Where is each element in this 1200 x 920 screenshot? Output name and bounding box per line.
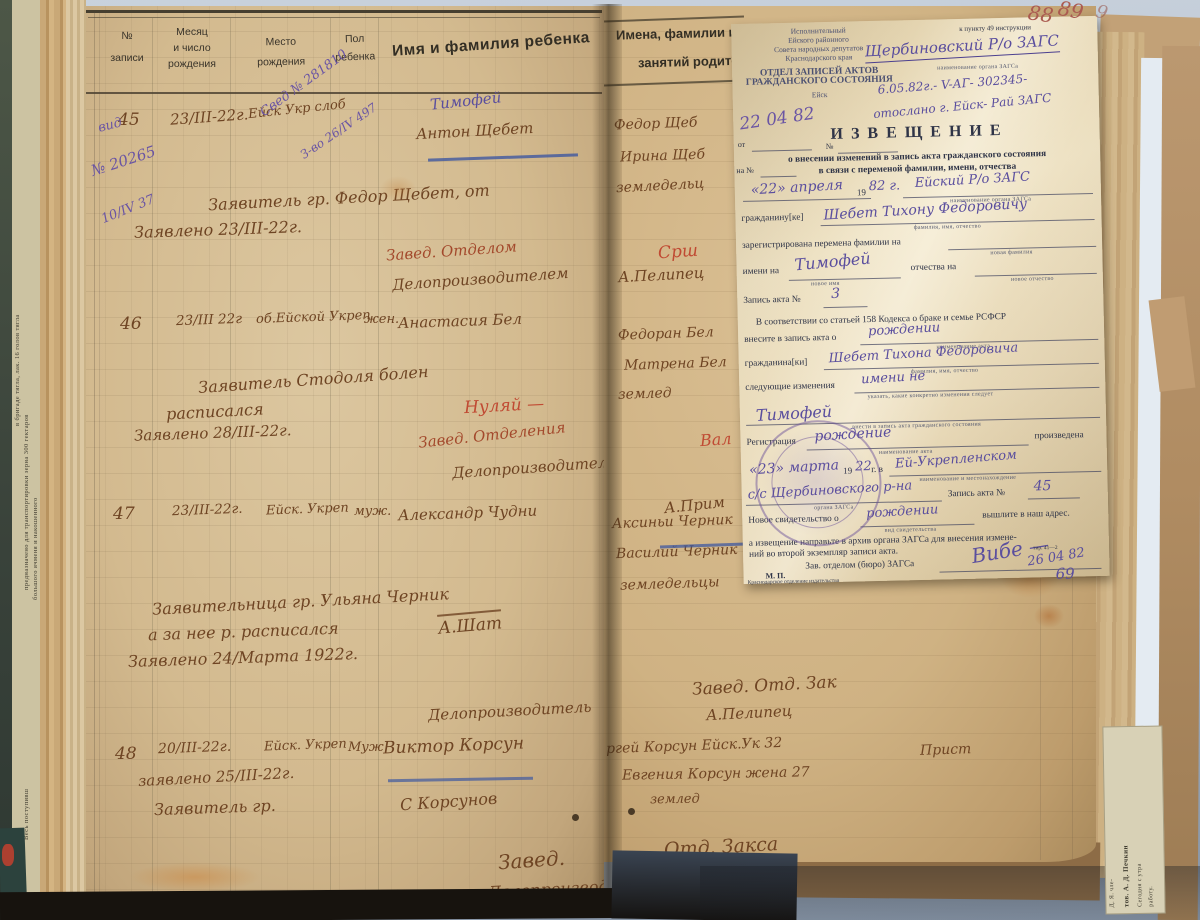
r46-signed-note: расписался <box>166 399 264 423</box>
col-date-line3: рождения <box>154 56 230 72</box>
rust-stain-2 <box>1034 604 1064 628</box>
r48-official-line1: Завед. <box>497 846 565 875</box>
page-number-88: 88 <box>1026 0 1055 27</box>
col-no: № записи <box>102 30 152 64</box>
ledger-left-page: № записи Месяц и число рождения Место ро… <box>80 6 604 902</box>
r45-official-line1: Завед. Отделом <box>386 237 518 264</box>
r47-declarant: Заявительница гр. Ульяна Черник <box>152 584 450 619</box>
r47-declarant-signature: А.Шат <box>437 609 503 638</box>
newspaper-strip: в бригаде тягла, лак. 16 голов тягла пре… <box>12 0 40 920</box>
orange-stain-bottom <box>130 862 260 892</box>
col-no-line1: № <box>102 30 152 42</box>
r48-parent-occupation: землед <box>650 792 700 808</box>
r46-name: Анастасия Бел <box>398 310 523 332</box>
archival-photo: Имена, фамилии и занятий родител Федор Щ… <box>0 0 1200 920</box>
table-top-border2 <box>88 17 600 18</box>
col-place-line1: Место <box>232 31 330 53</box>
r46-official-line2: Делопроизводителем <box>452 452 604 482</box>
r48-place: Ейск. Укреп <box>264 737 347 755</box>
caption-org: наименование органа ЗАГСа <box>937 64 1018 72</box>
col-date-line1: Месяц <box>154 24 230 40</box>
blank-act <box>823 305 867 308</box>
fld-citizen2-value: Шебет Тихона Федоровича <box>828 340 1018 366</box>
fragment-col-4: работу. <box>1145 731 1154 907</box>
caption-newfam: новая фамилия <box>990 249 1032 256</box>
r48-note: Прист <box>920 741 972 759</box>
col-line-4 <box>378 18 379 896</box>
fld-act-value: 3 <box>831 286 840 302</box>
r48-sex: Муж <box>348 740 384 755</box>
header-bottom-rule <box>86 92 602 94</box>
caption-place: наименование и местонахождение <box>919 475 1016 483</box>
fld-patronymic-label: отчества на <box>911 262 957 273</box>
spine-area: в бригаде тягла, лак. 16 голов тягла пре… <box>0 0 86 920</box>
r47-declared-date: Заявлено 24/Марта 1922г. <box>128 644 358 671</box>
spine-pages-edge <box>66 0 86 920</box>
caption-fio: фамилия, имя, отчество <box>914 224 981 232</box>
r46-date: 23/III 22г <box>176 311 243 329</box>
spine-wood-strip <box>40 0 66 920</box>
col-line-2 <box>230 18 231 896</box>
fld-year-print: 19 <box>857 187 866 197</box>
r47-date: 23/III-22г. <box>172 501 243 519</box>
col-date-line2: и число <box>154 40 230 56</box>
r45-blue-underline <box>428 153 578 161</box>
r45-name-old: Антон Щебет <box>416 119 534 143</box>
col-sex-line1: Пол <box>331 29 378 49</box>
from-blank <box>752 148 812 151</box>
head-clerk-label: Зав. отделом (бюро) ЗАГСа <box>805 559 914 571</box>
fld-act2-value: 45 <box>1033 478 1051 494</box>
blank-date <box>743 197 871 202</box>
bottom-number-hw: 69 <box>1055 564 1074 582</box>
right-grid-v1 <box>1040 560 1041 860</box>
r47-sex: муж. <box>354 504 391 519</box>
fld-citizen-label: гражданину[ке] <box>741 213 803 224</box>
fld-regchange-label: зарегистрирована перемена фамилии на <box>742 237 901 251</box>
table-top-border <box>86 10 602 13</box>
newspaper-col-1: в бригаде тягла, лак. 16 голов тягла <box>14 6 21 426</box>
r46-number: 46 <box>120 314 142 334</box>
fragment-col-1: Д. Я. чле- <box>1106 731 1115 907</box>
r45-official-line2: Делопроизводителем <box>392 264 570 294</box>
fld-date-hw: «22» апреля <box>750 177 843 198</box>
r47-place: Ейск. Укреп <box>266 501 349 519</box>
fld-year-hw: 82 г. <box>869 178 901 194</box>
r45-declared-date: Заявлено 23/III-22г. <box>134 217 303 242</box>
fld-cert-label2: вышлите в наш адрес. <box>982 509 1070 521</box>
fld-changes-label: следующие изменения <box>745 381 835 393</box>
fld-act2-label: Запись акта № <box>948 488 1006 499</box>
page-number-89: 89 <box>1056 0 1085 24</box>
fld-insert-label: внесите в запись акта о <box>744 333 836 345</box>
r46-declarant: Заявитель Стодоля болен <box>198 362 429 397</box>
r47-clerk-signature: А.Пелипец <box>706 702 793 724</box>
r46-parent-father: Федоран Бел <box>618 324 714 343</box>
r48-number: 48 <box>115 744 137 764</box>
instruction-note: к пункту 49 инструкции <box>959 23 1031 33</box>
r47-parent-mother: Аксиньи Черник <box>612 512 733 532</box>
punch-hole-left <box>572 814 579 821</box>
r45-date: 23/III-22г. <box>169 105 248 128</box>
r47-official-line1: Завед. Отд. Зак <box>692 672 838 700</box>
col-line-left2 <box>99 12 100 896</box>
archive-note-line2: ний во второй экземпляр записи акта. <box>749 546 898 559</box>
r47-number: 47 <box>113 504 135 524</box>
r47-signed-note: а за нее р. расписался <box>148 619 339 645</box>
r46-parent-occupation: землед <box>618 385 672 403</box>
r45-parent-father: Федор Щеб <box>614 115 698 134</box>
r45-declarant: Заявитель гр. Федор Щебет, от <box>208 181 490 215</box>
cover-strip <box>1158 46 1200 920</box>
r45-parent-occupation: земледельц <box>616 176 705 197</box>
r48-declared-date: заявлено 25/III-22г. <box>138 764 295 790</box>
spine-red-spot <box>2 844 14 866</box>
notice-form: Исполнительный Ейского районного Совета … <box>731 16 1110 584</box>
col-date: Месяц и число рождения <box>154 24 230 72</box>
punch-hole-right <box>628 808 635 815</box>
r46-parent-mother: Матрена Бел <box>624 354 727 374</box>
right-header-rule <box>604 80 744 87</box>
r48-name: Виктор Корсун <box>383 734 525 759</box>
r46-place: об.Ейской Укреп <box>256 308 371 327</box>
margin-note-1: вид <box>97 115 124 135</box>
fld-insert-value: рождении <box>868 320 941 339</box>
r45-clerk-signature: А.Пелипец <box>618 264 705 286</box>
newspaper-col-3: большого ячменя и накошенного <box>32 120 39 600</box>
r48-declarant-signature: С Корсунов <box>399 789 497 815</box>
col-parents-line2: занятий родител <box>638 53 747 71</box>
r47-parent-occupation: земледельцы <box>620 574 720 593</box>
r46-declared-date: Заявлено 28/III-22г. <box>134 421 292 444</box>
fld-citizen2-label: гражданина[ки] <box>745 358 808 369</box>
r45-red-mark: Срш <box>657 241 698 264</box>
fld-name-label: имени на <box>743 266 780 277</box>
caption-newpatr: новое отчество <box>1011 276 1054 283</box>
r46-red-mark: Вал <box>699 429 732 450</box>
newspaper-col-4: Весь поступивш <box>23 640 30 840</box>
r47-official-line2: Делопроизводитель <box>428 698 592 725</box>
fld-produced-label: произведена <box>1034 430 1083 441</box>
r45-parent-mother: Ирина Щеб <box>620 147 706 166</box>
fragment-col-3: Сегодня с утра <box>1134 731 1143 907</box>
col-parents-line1: Имена, фамилии и <box>616 24 737 42</box>
blank-newname <box>789 276 901 281</box>
r48-parent-mother: Евгения Корсун жена 27 <box>622 764 810 783</box>
r46-red-note: Нуляй — <box>464 394 545 418</box>
right-top-rule <box>604 16 744 23</box>
blank-act2 <box>1028 496 1080 499</box>
col-name: Имя и фамилия ребенка <box>392 29 591 61</box>
right-grid-v2 <box>1072 560 1073 860</box>
fld-act-label: Запись акта № <box>743 295 801 306</box>
r46-official-line1: Завед. Отделения <box>417 418 566 451</box>
page-fold-shadow <box>592 4 622 892</box>
r48-declarant: Заявитель гр. <box>154 796 276 819</box>
fragment-col-2: тов. А. Д. Печкин <box>1119 731 1130 907</box>
r48-blue-underline <box>388 777 533 783</box>
fld-name-value: Тимофей <box>794 248 872 274</box>
col-no-line2: записи <box>102 52 152 64</box>
r46-sex: жен. <box>364 312 399 327</box>
newspaper-fragment: Д. Я. чле- тов. А. Д. Печкин Сегодня с у… <box>1102 725 1165 914</box>
r48-parent-father: ргей Корсун Ейск.Ук 32 <box>606 735 783 757</box>
col-line-3 <box>330 18 331 896</box>
bottom-shadow-left <box>0 888 660 920</box>
blank-head-sign <box>939 567 1101 573</box>
spine-dark-strip <box>0 0 12 920</box>
caption-cert: вид свидетельства <box>885 527 937 534</box>
fld-changes-value: имени не <box>861 369 926 388</box>
newspaper-col-2: предназначено для транспортировки зерна … <box>23 30 30 590</box>
r48-date: 20/III-22г. <box>158 739 232 758</box>
r47-name: Александр Чудни <box>398 502 538 525</box>
col-line-left <box>94 12 95 896</box>
